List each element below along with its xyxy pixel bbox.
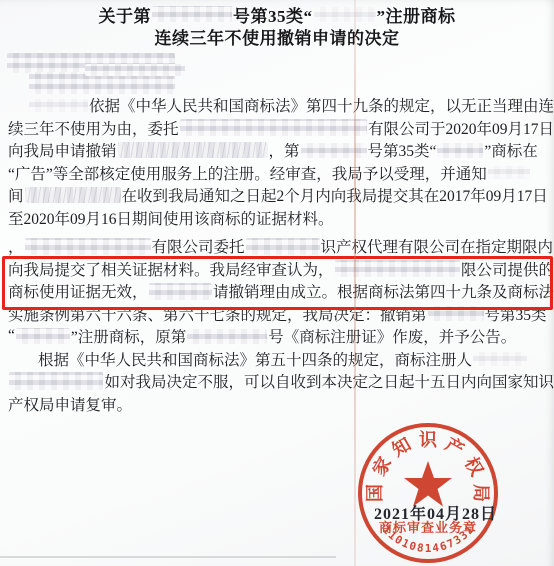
text-run: 如对我局决定不服，可以自收到本决定之日起十五日内向国家知识 (104, 370, 554, 392)
title-line: 关于第号第35类“”注册商标 (0, 3, 554, 26)
body-line: 如对我局决定不服，可以自收到本决定之日起十五日内向国家知识 (0, 370, 554, 393)
text-run: 在收到我局通知之日起2个月内向我局提交其在2017年09月17日 (122, 184, 548, 206)
body-line: 商标使用证据无效，请撤销理由成立。根据商标法第四十九条及商标法 (0, 280, 554, 303)
text-run: 产权局申请复审。 (8, 393, 132, 415)
redaction-blob (246, 238, 320, 255)
text-run: “广告”等全部核定使用服务上的注册。经审查，我局予以受理，并通知 (8, 162, 487, 184)
text-run: 间 (8, 184, 24, 206)
scanned-document-page: 关于第号第35类“”注册商标连续三年不使用撤销申请的决定 依据《中华人民共和国商… (0, 0, 554, 566)
text-run: 请撤销理由成立。根据商标法第四十九条及商标法 (213, 280, 554, 302)
seal-arc-char: 局 (471, 483, 491, 503)
redaction-blob (473, 352, 527, 366)
redaction-blob (314, 7, 376, 22)
text-run: 有限公司于2020年09月17日 (368, 117, 554, 139)
body-line: 产权局申请复审。 (0, 393, 554, 416)
text-run: 限公司提供的 (461, 258, 554, 280)
text-run: 号第35类“ (368, 139, 437, 161)
document-title: 关于第号第35类“”注册商标连续三年不使用撤销申请的决定 (0, 3, 554, 48)
redaction-blob (16, 328, 70, 344)
text-run: 至2020年09月16日期间使用该商标的证据材料。 (8, 207, 334, 229)
text-run: ”注册商标 (377, 2, 456, 27)
text-run: ， (8, 235, 24, 257)
text-run: 号第35类 (485, 303, 547, 325)
text-run: 有限公司委托 (152, 235, 245, 257)
seal-arc-char: 知 (388, 433, 415, 460)
official-seal: 商标审查业务章 国家知识产权局1101081467331 (356, 420, 506, 566)
redaction-blob (25, 187, 121, 203)
text-run: ，第 (269, 139, 300, 161)
body-line: 续三年不使用为由，委托有限公司于2020年09月17日 (0, 117, 554, 140)
scan-edge-line (0, 556, 336, 558)
redaction-blob (149, 283, 212, 300)
redaction-blob (437, 143, 483, 158)
redaction-blob (488, 166, 530, 179)
text-run: 依据《中华人民共和国商标法》第四十九条的规定，以无正当理由连 (89, 94, 554, 116)
seal-arc-char: 国 (365, 483, 385, 503)
redaction-blob (9, 372, 103, 390)
seal-inner: 商标审查业务章 国家知识产权局1101081467331 (358, 423, 498, 563)
body-line: ，有限公司委托识产权代理有限公司在指定期限内 (0, 235, 554, 258)
seal-arc-char: 权 (460, 453, 487, 480)
text-run: 续三年不使用为由，委托 (8, 117, 179, 139)
redaction-blob (25, 238, 151, 255)
body-line: 间在收到我局通知之日起2个月内向我局提交其在2017年09月17日 (0, 184, 554, 207)
text-run: 向我局申请撤销 (8, 139, 117, 161)
redaction-blob (335, 260, 460, 277)
title-line: 连续三年不使用撤销申请的决定 (0, 26, 554, 49)
text-run: 识产权代理有限公司在指定期限内 (321, 235, 554, 257)
body-line: 依据《中华人民共和国商标法》第四十九条的规定，以无正当理由连 (0, 94, 554, 117)
body-line: 至2020年09月16日期间使用该商标的证据材料。 (0, 207, 554, 230)
redaction-blob (85, 64, 185, 76)
text-run: 向我局提交了相关证据材料。我局经审查认为， (8, 258, 334, 280)
seal-arc-char: 家 (368, 453, 395, 480)
redaction-blob (29, 99, 88, 112)
text-run: 商标使用证据无效， (8, 280, 148, 302)
seal-arc-char: 识 (418, 430, 438, 450)
body-line: 实施条例第六十六条、第六十七条的规定，我局决定：撤销第号第35类 (0, 303, 554, 326)
text-run: 号第35类“ (233, 2, 313, 27)
redaction-blob (152, 6, 232, 22)
body-line: “”注册商标，原第号《商标注册证》作废，并予公告。 (0, 325, 554, 348)
body-line: 向我局提交了相关证据材料。我局经审查认为，限公司提供的 (0, 258, 554, 281)
seal-date: 2021年04月28日 (374, 501, 497, 524)
document-body: 依据《中华人民共和国商标法》第四十九条的规定，以无正当理由连续三年不使用为由，委… (0, 94, 554, 415)
text-run: 连续三年不使用撤销申请的决定 (155, 24, 400, 49)
redaction-blob (118, 142, 268, 158)
text-run: “ (8, 327, 15, 345)
redaction-blob (187, 329, 267, 344)
text-run: 关于第 (99, 2, 152, 27)
redaction-blob (301, 143, 367, 158)
body-line: 根据《中华人民共和国商标法》第五十四条的规定，商标注册人 (0, 348, 554, 371)
text-run: ”注册商标，原第 (71, 325, 186, 347)
redaction-blob (428, 306, 484, 321)
text-run: 根据《中华人民共和国商标法》第五十四条的规定，商标注册人 (38, 348, 472, 370)
text-run: ”商标在 (484, 139, 537, 161)
body-line: 向我局申请撤销，第号第35类“”商标在 (0, 139, 554, 162)
text-run: 实施条例第六十六条、第六十七条的规定，我局决定：撤销第 (8, 303, 427, 325)
seal-arc-char: 产 (441, 433, 468, 460)
text-run: 号《商标注册证》作废，并予公告。 (268, 325, 516, 347)
redaction-blob (180, 119, 367, 136)
body-line: “广告”等全部核定使用服务上的注册。经审查，我局予以受理，并通知 (0, 162, 554, 185)
